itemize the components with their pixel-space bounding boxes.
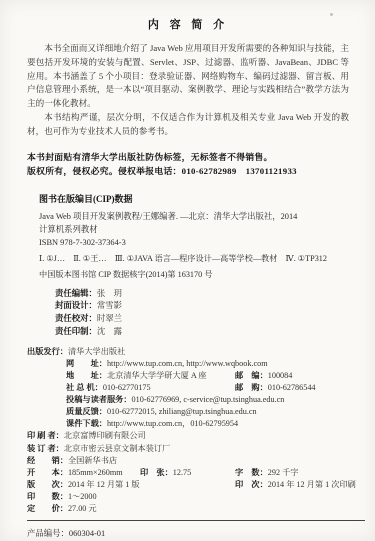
cip-series-line: 计算机系列教材: [39, 223, 349, 236]
footer-divider: [27, 520, 365, 521]
printer-value: 北京富博印刷有限公司: [64, 431, 146, 440]
switchboard-row: 社 总 机：010-62770175 邮 购：010-62786544: [27, 382, 349, 394]
notice-line-1: 本书封面贴有清华大学出版社防伪标签，无标签者不得销售。: [27, 150, 349, 165]
staff-row-cover-design: 封面设计：常雪影: [55, 300, 349, 313]
intro-paragraph-1: 本书全面而又详细地介绍了 Java Web 应用项目开发所需要的各种知识与技能，…: [27, 42, 349, 111]
proofreader-label: 责任校对：: [55, 314, 97, 323]
cip-section: 图书在版编目(CIP)数据 Java Web 项目开发案例教程/王娜编著. —北…: [27, 192, 349, 281]
intro-paragraph-2: 本书结构严谨，层次分明，不仅适合作为计算机及相关专业 Java Web 开发的教…: [27, 111, 349, 139]
cip-book-line: Java Web 项目开发案例教程/王娜编著. —北京：清华大学出版社，2014: [39, 210, 349, 223]
printer-row: 印 刷 者：北京富博印刷有限公司: [27, 430, 349, 442]
edition-value: 2014 年 12 月第 1 版: [68, 480, 140, 489]
anti-piracy-notice: 本书封面贴有清华大学出版社防伪标签，无标签者不得销售。 版权所有，侵权必究。侵权…: [27, 150, 349, 179]
staff-row-print-supervisor: 责任印制：沈 露: [55, 326, 349, 339]
address-label: 地 址：: [66, 371, 107, 380]
courseware-row: 课件下载：http://www.tup.com.cn，010-62795954: [27, 418, 349, 430]
reader-service-label: 投稿与读者服务：: [66, 395, 132, 404]
postcode-label: 邮 编：: [235, 371, 268, 380]
publisher-label: 出版发行：: [27, 347, 68, 356]
wordcount-value: 292 千字: [268, 468, 299, 477]
quality-feedback-row: 质量反馈：010-62772015, zhiliang@tup.tsinghua…: [27, 406, 349, 418]
printer-label: 印 刷 者：: [27, 431, 64, 440]
cover-design-value: 常雪影: [97, 301, 122, 310]
product-number-value: 060304-01: [69, 529, 105, 538]
sheets-label: 印 张：: [140, 468, 173, 477]
impression-value: 2014 年 12 月第 1 次印刷: [268, 480, 356, 489]
editor-value: 张 玥: [97, 289, 122, 298]
cip-record-line: 中国版本图书馆 CIP 数据核字(2014)第 163170 号: [39, 268, 349, 281]
binder-row: 装 订 者：北京市密云县京文制本装订厂: [27, 443, 349, 455]
print-run-row: 印 数：1～2000: [27, 491, 349, 503]
reader-service-row: 投稿与读者服务：010-62776969, c-service@tup.tsin…: [27, 394, 349, 406]
switchboard-value: 010-62770175: [103, 383, 151, 392]
price-row: 定 价：27.00 元: [27, 503, 349, 515]
print-run-value: 1～2000: [68, 492, 97, 501]
format-label: 开 本：: [27, 468, 68, 477]
sheets-value: 12.75: [173, 468, 191, 477]
quality-feedback-value: 010-62772015, zhiliang@tup.tsinghua.edu.…: [107, 407, 257, 416]
website-value: http://www.tup.com.cn, http://www.wqbook…: [107, 359, 268, 368]
reader-service-value: 010-62776969, c-service@tup.tsinghua.edu…: [132, 395, 285, 404]
mail-order-value: 010-62786544: [268, 383, 316, 392]
binder-label: 装 订 者：: [27, 444, 64, 453]
binder-value: 北京市密云县京文制本装订厂: [64, 444, 170, 453]
courseware-label: 课件下载：: [66, 419, 107, 428]
cover-design-label: 封面设计：: [55, 301, 97, 310]
product-number-row: 产品编号：060304-01: [27, 527, 349, 539]
editor-label: 责任编辑：: [55, 289, 97, 298]
cip-isbn-line: ISBN 978-7-302-37364-3: [39, 236, 349, 249]
postcode-col: 邮 编：100084: [235, 370, 292, 382]
print-run-label: 印 数：: [27, 492, 68, 501]
mail-order-col: 邮 购：010-62786544: [235, 382, 316, 394]
copyright-page: 内 容 简 介 本书全面而又详细地介绍了 Java Web 应用项目开发所需要的…: [0, 0, 375, 541]
impression-label: 印 次：: [235, 480, 268, 489]
mail-order-label: 邮 购：: [235, 383, 268, 392]
product-number-label: 产品编号：: [27, 529, 69, 538]
postcode-value: 100084: [268, 371, 293, 380]
publication-details: 出版发行：清华大学出版社 网 址：http://www.tup.com.cn, …: [27, 346, 349, 515]
cip-heading: 图书在版编目(CIP)数据: [39, 192, 349, 205]
edition-label: 版 次：: [27, 480, 68, 489]
print-supervisor-label: 责任印制：: [55, 327, 97, 336]
impression-col: 印 次：2014 年 12 月第 1 次印刷: [235, 479, 356, 491]
sheets-col: 印 张：12.75: [140, 467, 191, 479]
website-label: 网 址：: [66, 359, 107, 368]
distributor-row: 经 销：全国新华书店: [27, 455, 349, 467]
publisher-value: 清华大学出版社: [68, 347, 125, 356]
notice-line-2: 版权所有，侵权必究。侵权举报电话：010-62782989 1370112193…: [27, 164, 349, 179]
format-value: 185mm×260mm: [68, 468, 123, 477]
staff-row-editor: 责任编辑：张 玥: [55, 288, 349, 301]
website-row: 网 址：http://www.tup.com.cn, http://www.wq…: [27, 358, 349, 370]
edition-row: 版 次：2014 年 12 月第 1 版 印 次：2014 年 12 月第 1 …: [27, 479, 349, 491]
courseware-value: http://www.tup.com.cn，010-62795954: [107, 419, 238, 428]
staff-credits: 责任编辑：张 玥 封面设计：常雪影 责任校对：时翠兰 责任印制：沈 露: [55, 288, 349, 339]
quality-feedback-label: 质量反馈：: [66, 407, 107, 416]
publisher-row: 出版发行：清华大学出版社: [27, 346, 349, 358]
wordcount-col: 字 数：292 千字: [235, 467, 298, 479]
page-title: 内 容 简 介: [27, 16, 349, 32]
price-label: 定 价：: [27, 504, 68, 513]
format-row: 开 本：185mm×260mm 印 张：12.75 字 数：292 千字: [27, 467, 349, 479]
staff-row-proofreader: 责任校对：时翠兰: [55, 313, 349, 326]
address-row: 地 址：北京清华大学学研大厦 A 座 邮 编：100084: [27, 370, 349, 382]
address-value: 北京清华大学学研大厦 A 座: [107, 371, 207, 380]
price-value: 27.00 元: [68, 504, 97, 513]
scan-artifact: [330, 13, 333, 16]
cip-classification-line: Ⅰ. ①J… Ⅱ. ①王… Ⅲ. ①JAVA 语言—程序设计—高等学校—教材 Ⅳ…: [39, 252, 349, 265]
proofreader-value: 时翠兰: [97, 314, 122, 323]
distributor-value: 全国新华书店: [68, 456, 117, 465]
switchboard-label: 社 总 机：: [66, 383, 103, 392]
wordcount-label: 字 数：: [235, 468, 268, 477]
distributor-label: 经 销：: [27, 456, 68, 465]
print-supervisor-value: 沈 露: [97, 327, 122, 336]
